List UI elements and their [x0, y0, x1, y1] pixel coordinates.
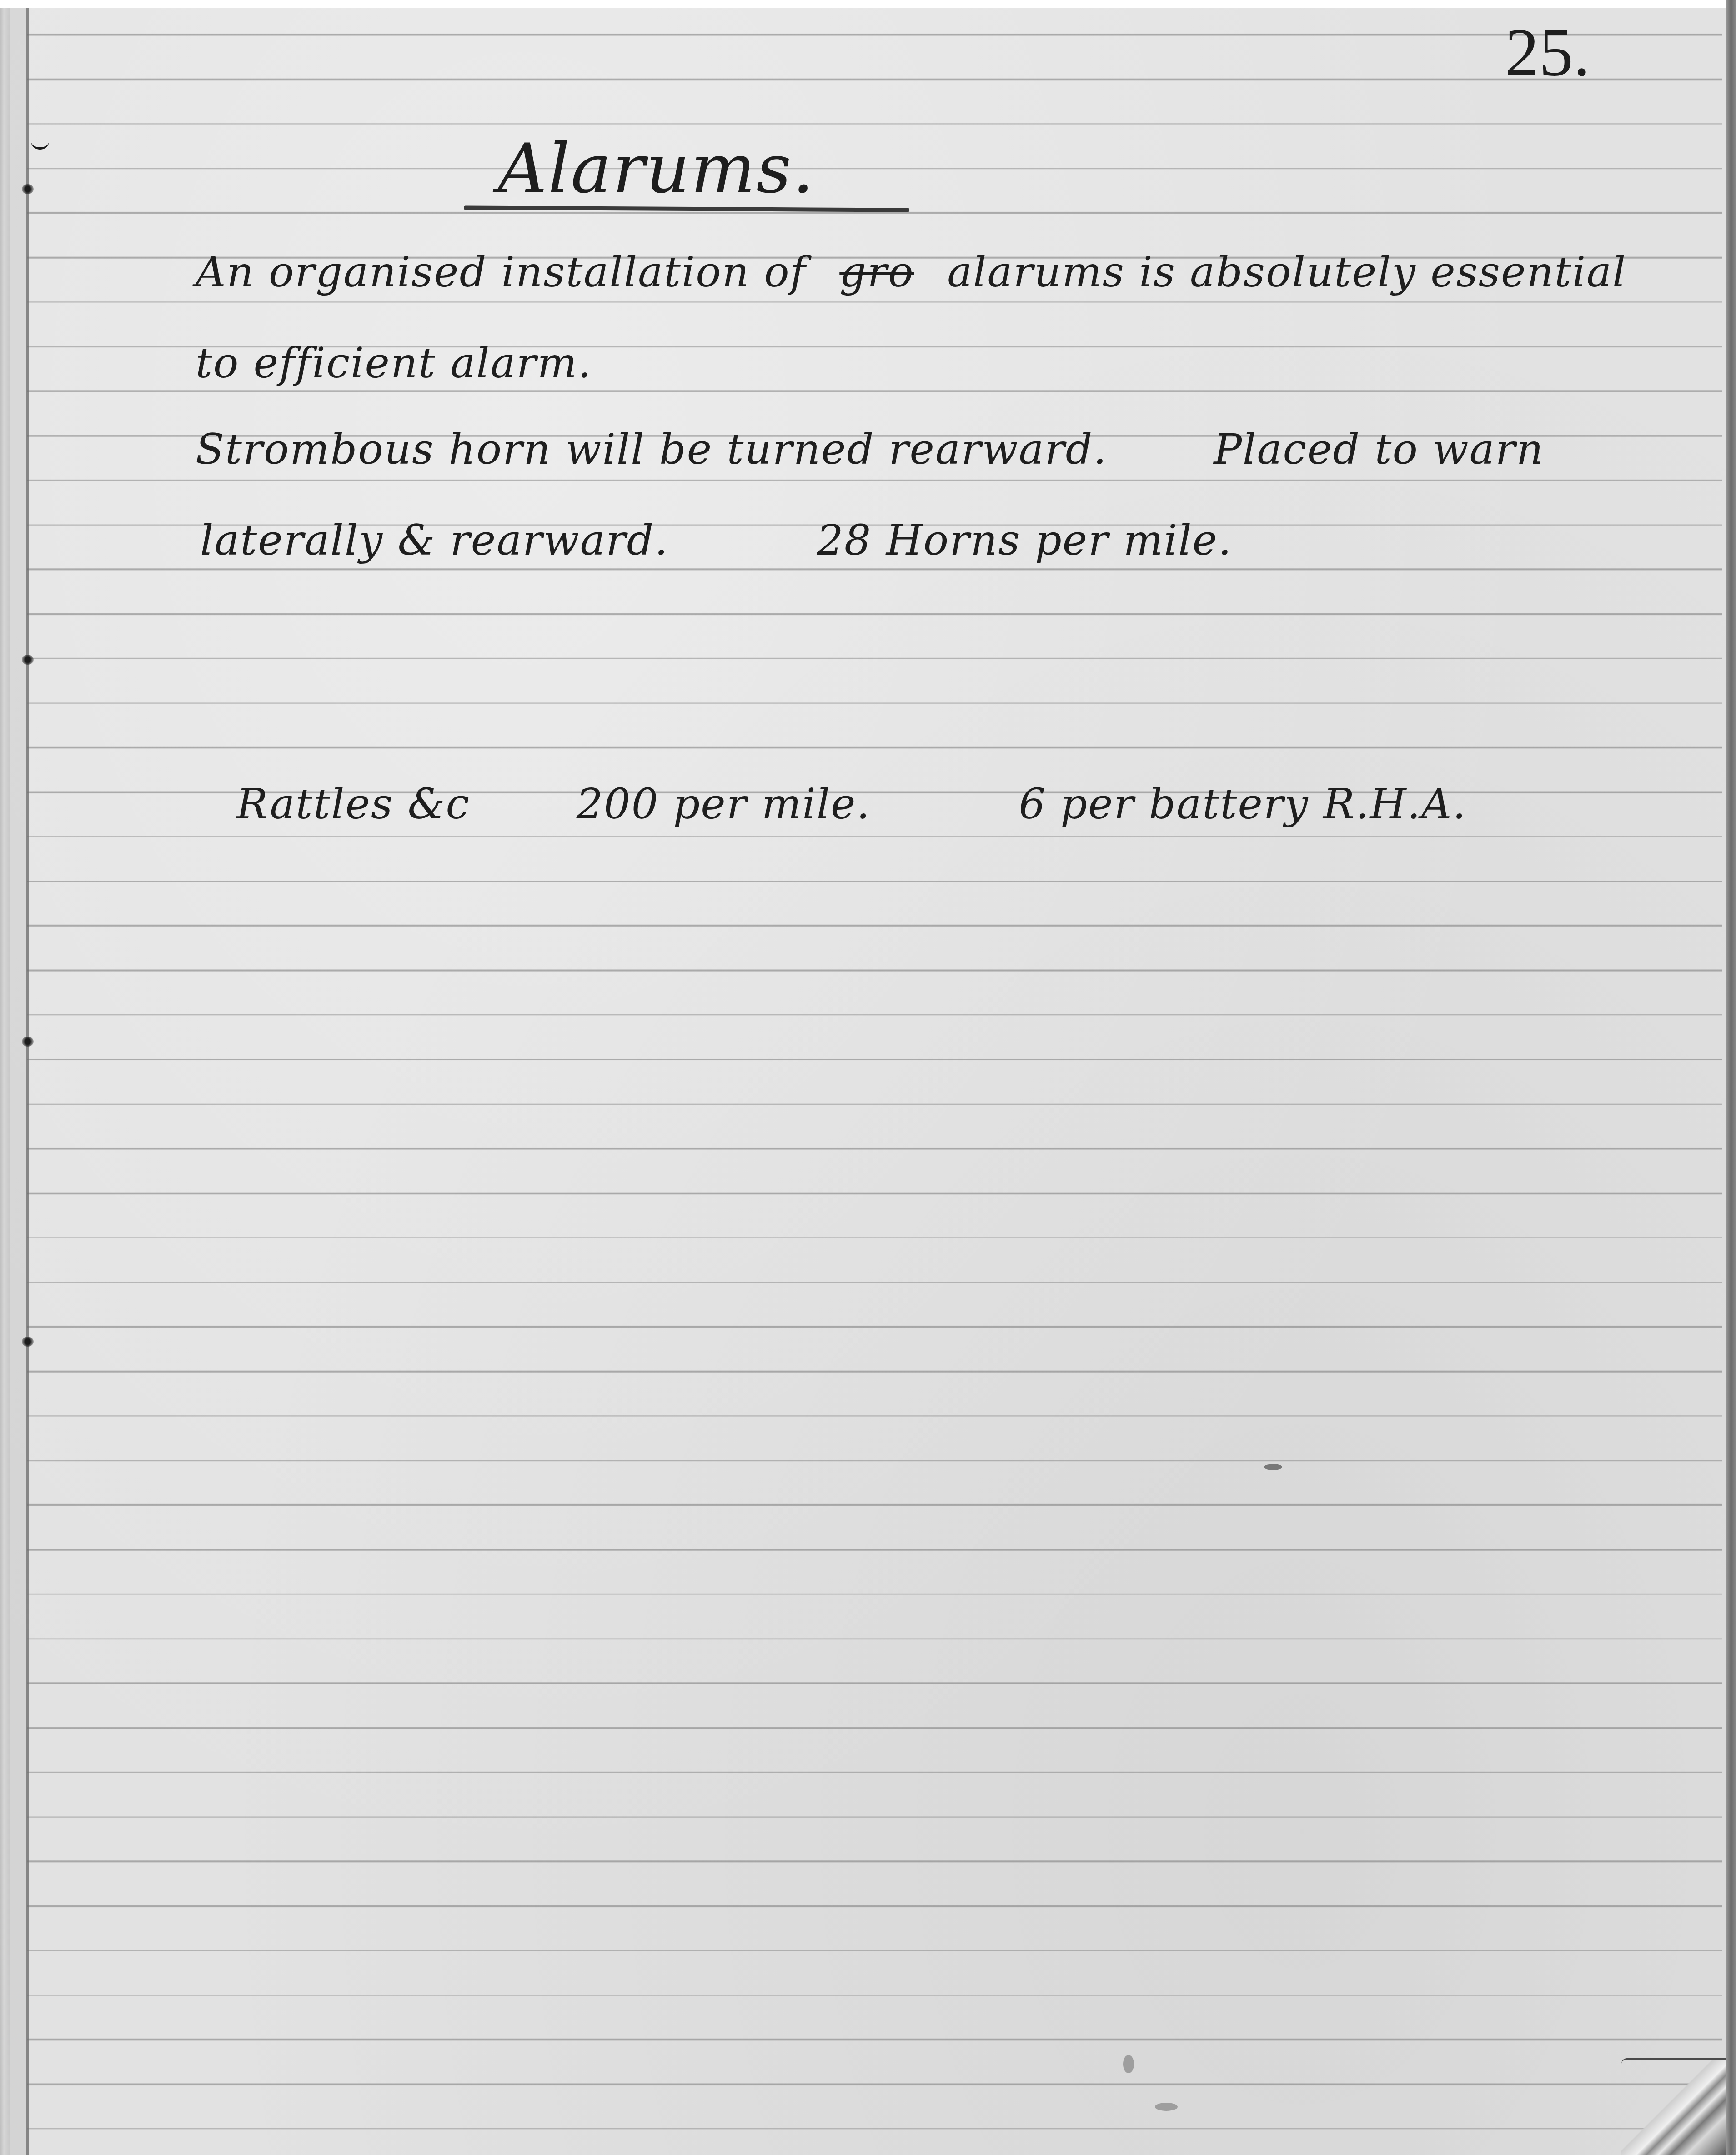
text-segment: 200 per mile.: [577, 780, 871, 828]
binding-hole: [22, 1337, 34, 1347]
margin-line: [26, 8, 29, 2155]
ink-smudge: [1123, 2055, 1134, 2073]
text-line-4: laterally & rearward. 28 Horns per mile.: [200, 516, 1232, 565]
text-segment: to efficient alarm.: [196, 339, 592, 387]
text-segment: Strombous horn will be turned rearward.: [196, 425, 1108, 474]
ink-smudge: [1264, 1464, 1282, 1470]
text-line-3: Strombous horn will be turned rearward. …: [196, 425, 1544, 474]
text-line-5: Rattles &c 200 per mile. 6 per battery R…: [236, 780, 1467, 828]
page-number: 25.: [1505, 14, 1590, 92]
text-segment: alarums is absolutely essential: [947, 248, 1626, 296]
binding-hole: [22, 184, 34, 194]
folded-corner: [1621, 2058, 1726, 2155]
ink-smudge: [1155, 2103, 1178, 2111]
text-segment: 6 per battery R.H.A.: [1019, 780, 1466, 828]
text-segment: 28 Horns per mile.: [817, 516, 1232, 565]
page-title: Alarums.: [498, 130, 815, 209]
binding-hole: [22, 1037, 34, 1047]
notebook-page: 25. Alarums. An organised installation o…: [0, 0, 1736, 2155]
text-segment: Placed to warn: [1214, 425, 1544, 474]
text-line-1: An organised installation of gro alarums…: [196, 248, 1626, 296]
text-segment: Rattles &c: [236, 780, 470, 828]
right-page-edge: [1726, 0, 1736, 2155]
ruled-lines: [27, 0, 1722, 2155]
text-line-2: to efficient alarm.: [196, 339, 592, 387]
binding-hole: [22, 655, 34, 665]
struck-out-word: gro: [839, 248, 914, 296]
margin-shade: [10, 8, 26, 2155]
binding-edge: [0, 8, 10, 2155]
text-segment: laterally & rearward.: [200, 516, 669, 565]
text-segment: An organised installation of: [196, 248, 807, 296]
